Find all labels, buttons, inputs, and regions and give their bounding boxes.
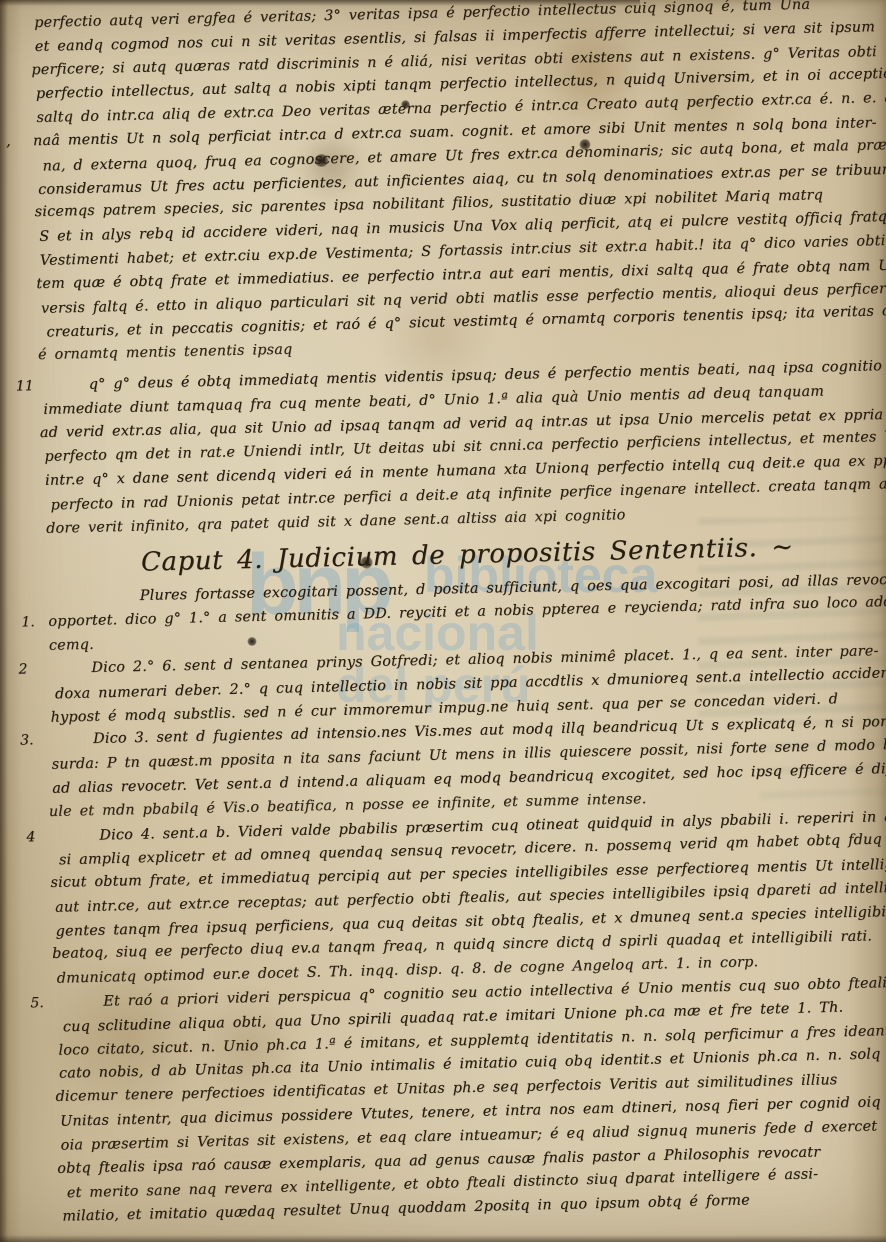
line-text: cemq. (49, 637, 94, 654)
manuscript-page: bnp biblioteca nacional del perú perfect… (0, 0, 886, 1242)
manuscript-text: perfectio autq veri ergfea é veritas; 3°… (34, 0, 886, 1230)
margin-paragraph-number: 5. (30, 992, 44, 1016)
margin-paragraph-number: 4 (26, 826, 35, 850)
margin-paragraph-number: 1. (21, 611, 35, 635)
margin-paragraph-number: 2 (18, 658, 27, 682)
margin-paragraph-number: , (6, 131, 11, 155)
margin-paragraph-number: 3. (20, 730, 34, 754)
line-text: Caput 4. Judicium de propositis Sententi… (141, 532, 794, 577)
line-text: é ornamtq mentis tenentis ipsaq (38, 342, 293, 363)
margin-paragraph-number: 11 (16, 375, 34, 399)
page-edge-shadow (0, 1235, 886, 1242)
page-edge-shadow (0, 0, 8, 1242)
